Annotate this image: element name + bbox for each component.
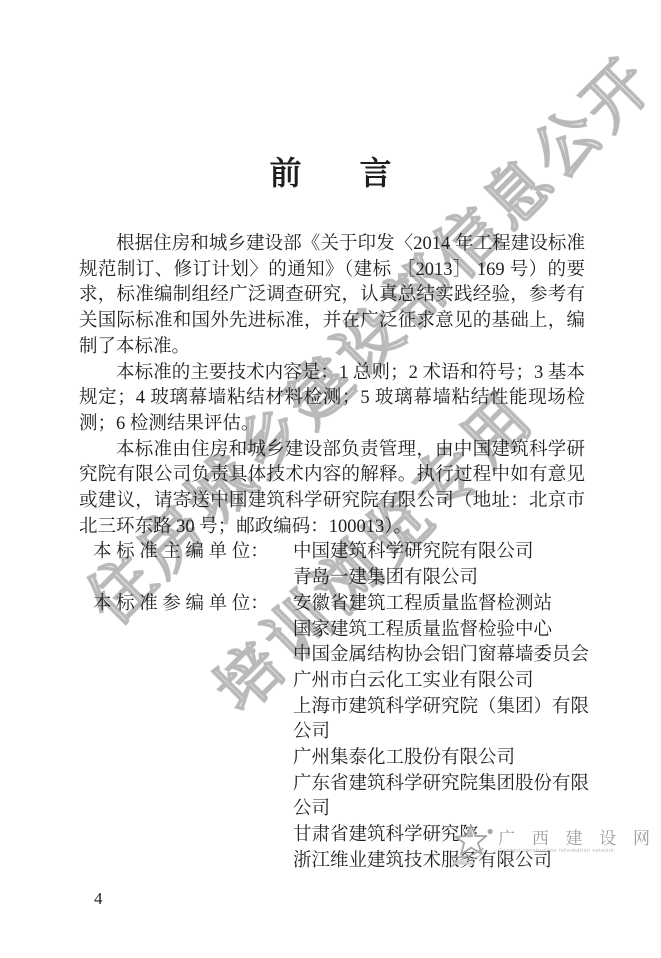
page-number: 4	[94, 889, 103, 909]
unit-line: 上海市建筑科学研究院（集团）有限	[293, 695, 589, 721]
participating-editors-label: 本 标 准 参 编 单 位：	[93, 592, 293, 618]
unit-line: 中国建筑科学研究院有限公司	[293, 540, 585, 566]
star-swoosh-icon	[448, 819, 494, 867]
foreword-paragraph: 本标准的主要技术内容是：1 总则；2 术语和符号；3 基本规定；4 玻璃幕墙粘结…	[79, 361, 585, 438]
page-title: 前 言	[0, 0, 661, 196]
chief-editor-label: 本 标 准 主 编 单 位：	[93, 540, 293, 566]
unit-line: 公司	[293, 720, 589, 746]
unit-line: 中国金属结构协会铝门窗幕墙委员会	[293, 643, 589, 669]
unit-line: 广东省建筑科学研究院集团股份有限	[293, 772, 589, 798]
foreword-paragraph: 本标准由住房和城乡建设部负责管理，由中国建筑科学研究院有限公司负责具体技术内容的…	[79, 438, 585, 541]
unit-line: 国家建筑工程质量监督检验中心	[293, 618, 589, 644]
logo-tagline: Guangxi construction information network	[498, 848, 656, 855]
unit-line: 广州集泰化工股份有限公司	[293, 746, 589, 772]
unit-line: 广州市白云化工实业有限公司	[293, 669, 589, 695]
logo-site-name: 广 西 建 设 网	[498, 830, 656, 848]
chief-editor-row: 本 标 准 主 编 单 位： 中国建筑科学研究院有限公司青岛一建集团有限公司	[79, 540, 585, 591]
document-page: 住房城乡建设部信息公开 培训浏览专用 前 言 根据住房和城乡建设部《关于印发〈2…	[0, 0, 661, 958]
foreword-body: 根据住房和城乡建设部《关于印发〈2014 年工程建设标准规范制订、修订计划〉的通…	[79, 232, 585, 875]
foreword-paragraph: 根据住房和城乡建设部《关于印发〈2014 年工程建设标准规范制订、修订计划〉的通…	[79, 232, 585, 361]
unit-line: 青岛一建集团有限公司	[293, 566, 585, 592]
unit-line: 安徽省建筑工程质量监督检测站	[293, 592, 589, 618]
site-logo: 广 西 建 设 网 Guangxi construction informati…	[448, 819, 656, 867]
foreword-paragraphs: 根据住房和城乡建设部《关于印发〈2014 年工程建设标准规范制订、修订计划〉的通…	[79, 232, 585, 540]
chief-editor-lines: 中国建筑科学研究院有限公司青岛一建集团有限公司	[293, 540, 585, 591]
